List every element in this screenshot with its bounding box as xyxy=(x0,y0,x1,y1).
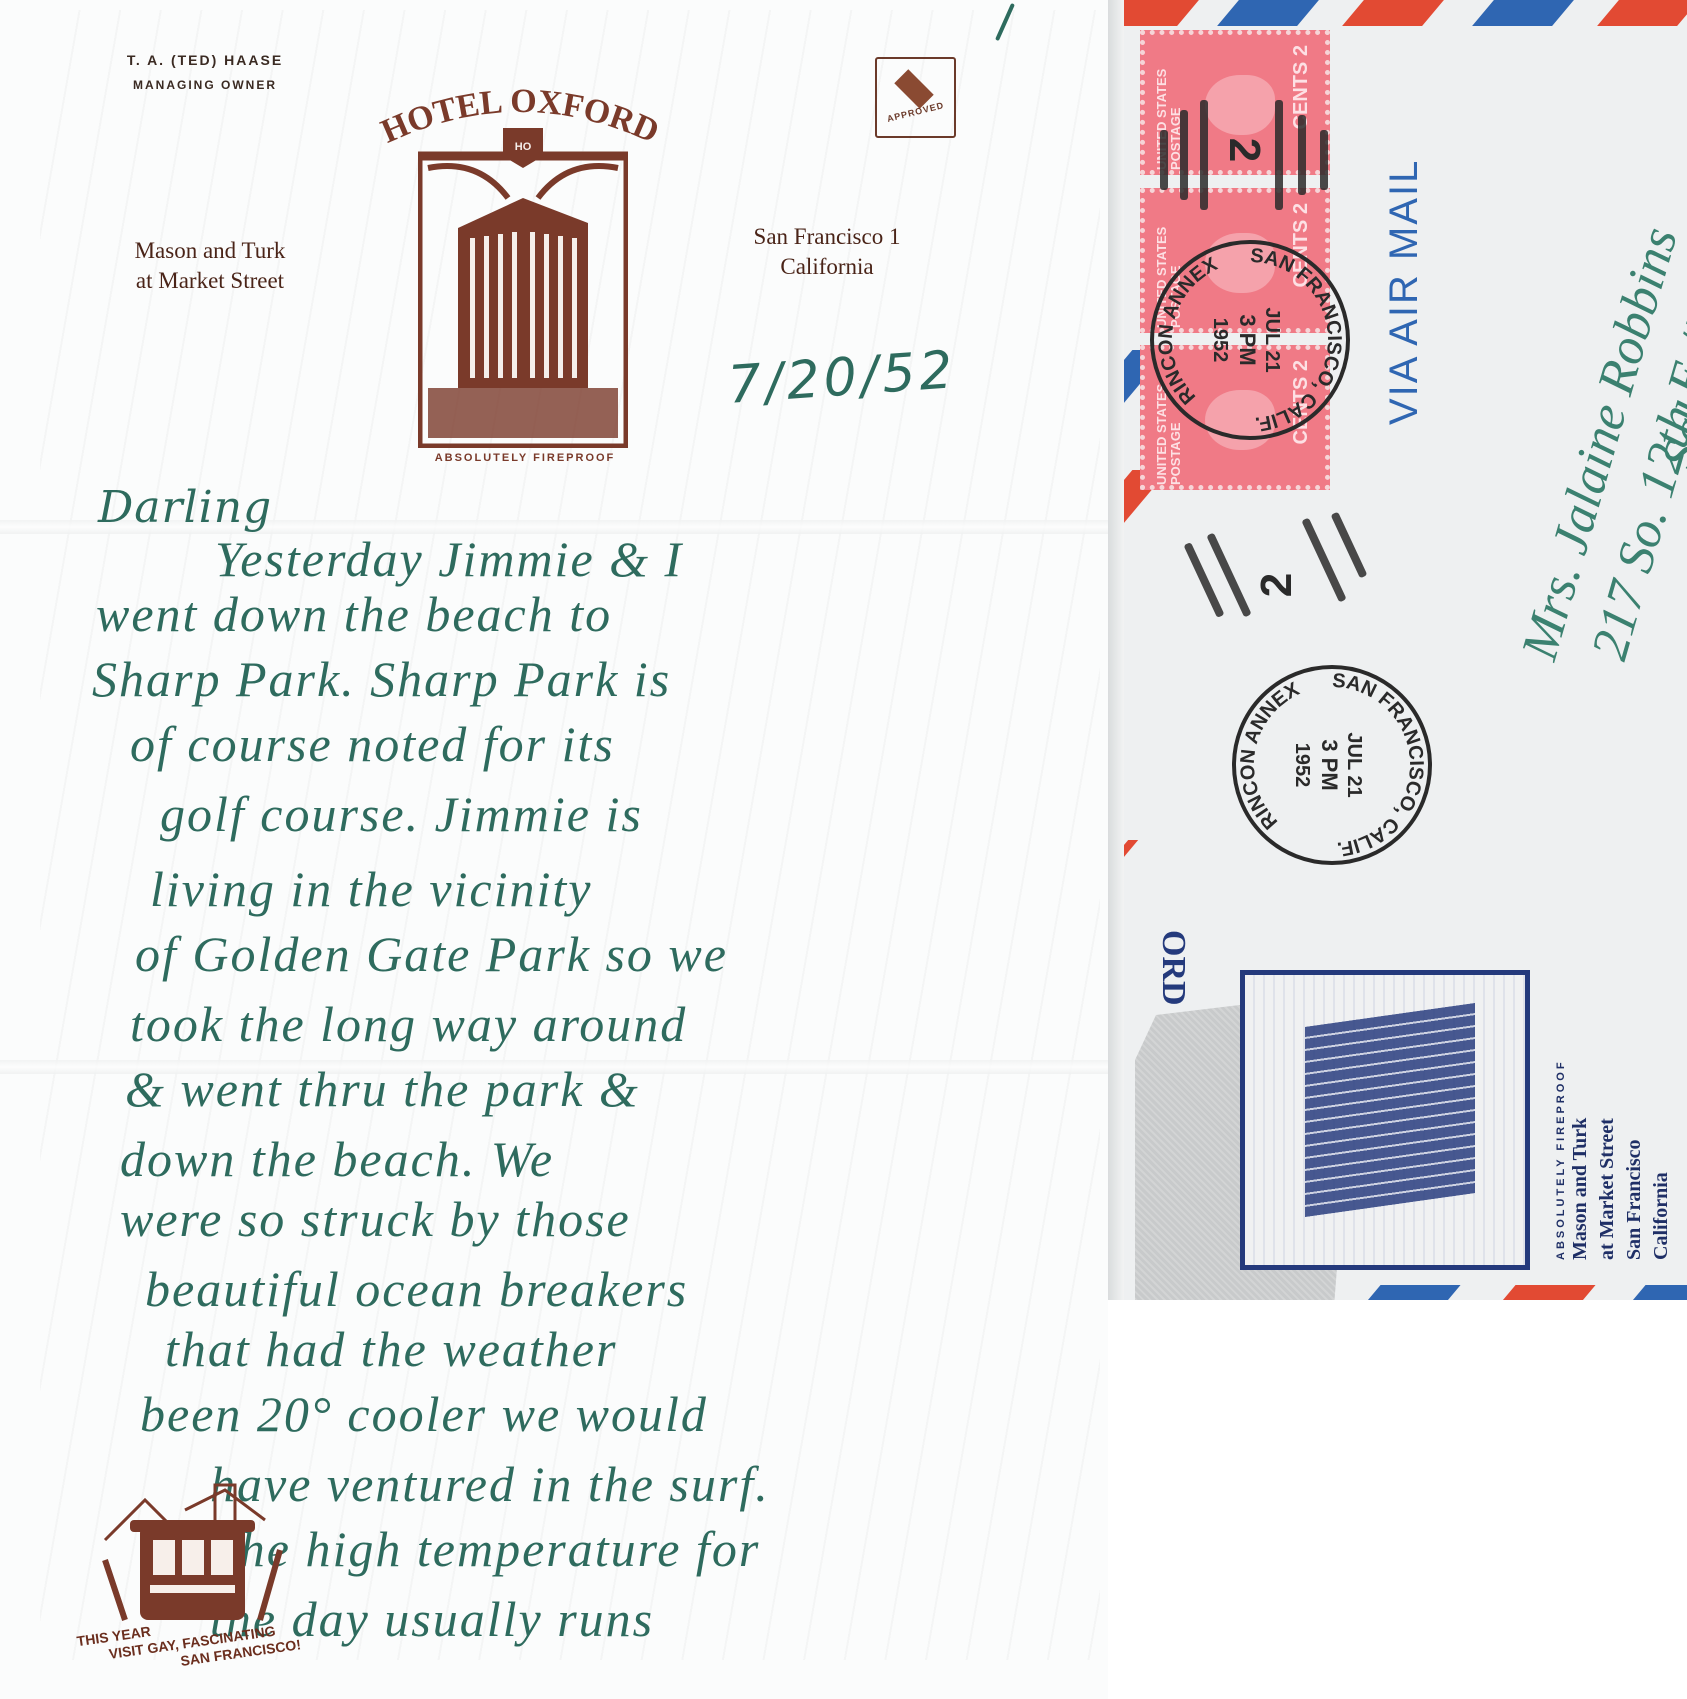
hotel-address-right: San Francisco 1 California xyxy=(712,222,942,282)
page-number-mark xyxy=(995,3,1015,41)
svg-text:JUL 21: JUL 21 xyxy=(1343,732,1365,797)
fireproof-tagline: ABSOLUTELY FIREPROOF xyxy=(400,452,650,464)
portrait-icon xyxy=(1205,75,1275,135)
airmail-text: VIA AIR MAIL xyxy=(1382,95,1427,425)
postmark-circle: SAN FRANCISCO, CALIF. RINCON ANNEX JUL 2… xyxy=(1150,240,1350,440)
letter-line: took the long way around xyxy=(130,995,687,1053)
background xyxy=(1108,1300,1687,1699)
envelope-hotel-name-fragment: ORD xyxy=(1154,930,1192,1006)
postmark-circle: SAN FRANCISCO, CALIF. RINCON ANNEX JUL 2… xyxy=(1232,665,1432,865)
letter-line: went down the beach to xyxy=(96,585,612,643)
address-line: California xyxy=(712,252,942,282)
letter-sheet: T. A. (TED) HAASE MANAGING OWNER Mason a… xyxy=(0,0,1126,1699)
letter-line: & went thru the park & xyxy=(125,1060,640,1118)
airmail-stripe xyxy=(1630,1285,1687,1300)
owner-name: T. A. (TED) HAASE xyxy=(100,52,310,68)
killer-number: 2 xyxy=(1219,138,1269,162)
hotel-building-illustration: HO xyxy=(418,118,628,448)
aaa-approved-badge: APPROVED xyxy=(875,57,956,138)
svg-text:1952: 1952 xyxy=(1291,743,1313,788)
owner-block: T. A. (TED) HAASE MANAGING OWNER xyxy=(100,52,310,92)
svg-text:1952: 1952 xyxy=(1209,318,1231,363)
envelope-hotel-illustration xyxy=(1240,970,1530,1270)
letter-line: golf course. Jimmie is xyxy=(160,785,643,843)
hotel-building-icon xyxy=(1305,1003,1475,1217)
return-line: San Francisco xyxy=(1621,960,1648,1260)
letter-line: Sharp Park. Sharp Park is xyxy=(92,650,671,708)
svg-text:JUL 21: JUL 21 xyxy=(1261,307,1283,372)
airmail-stripe xyxy=(1472,0,1574,26)
envelope-edge xyxy=(1108,0,1124,1300)
return-line: Mason and Turk xyxy=(1567,960,1594,1260)
letter-line: Yesterday Jimmie & I xyxy=(215,530,683,588)
airmail-stripe xyxy=(1365,1285,1460,1300)
envelope-return-address: ABSOLUTELY FIREPROOF Mason and Turk at M… xyxy=(1555,960,1675,1260)
airmail-stripe xyxy=(1500,1285,1595,1300)
letter-line: beautiful ocean breakers xyxy=(145,1260,688,1318)
letter-date: 7/20/52 xyxy=(726,340,958,416)
return-tagline: ABSOLUTELY FIREPROOF xyxy=(1555,960,1567,1260)
owner-title: MANAGING OWNER xyxy=(100,78,310,92)
svg-text:3 PM: 3 PM xyxy=(1317,739,1342,790)
letter-line: been 20° cooler we would xyxy=(140,1385,708,1443)
return-line: at Market Street xyxy=(1594,960,1621,1260)
letter-line: down the beach. We xyxy=(120,1130,554,1188)
hotel-address-left: Mason and Turk at Market Street xyxy=(100,236,320,296)
address-line: at Market Street xyxy=(100,266,320,296)
address-line: Mason and Turk xyxy=(100,236,320,266)
killer-number: 2 xyxy=(1252,573,1302,597)
letter-line: were so struck by those xyxy=(120,1190,631,1248)
letter-line: of course noted for its xyxy=(130,715,615,773)
letter-greeting: Darling xyxy=(98,482,272,533)
letter-line: of Golden Gate Park so we xyxy=(135,925,728,983)
svg-text:3 PM: 3 PM xyxy=(1235,314,1260,365)
airmail-stripe xyxy=(1597,0,1687,26)
airmail-stripe xyxy=(1217,0,1319,26)
svg-text:HO: HO xyxy=(515,141,532,153)
return-line: California xyxy=(1648,960,1675,1260)
letter-line: that had the weather xyxy=(165,1320,617,1378)
via-air-mail-label: VIA AIR MAIL xyxy=(1382,95,1452,425)
airmail-stripe xyxy=(1342,0,1444,26)
letter-line: living in the vicinity xyxy=(150,860,593,918)
address-line: San Francisco 1 xyxy=(712,222,942,252)
